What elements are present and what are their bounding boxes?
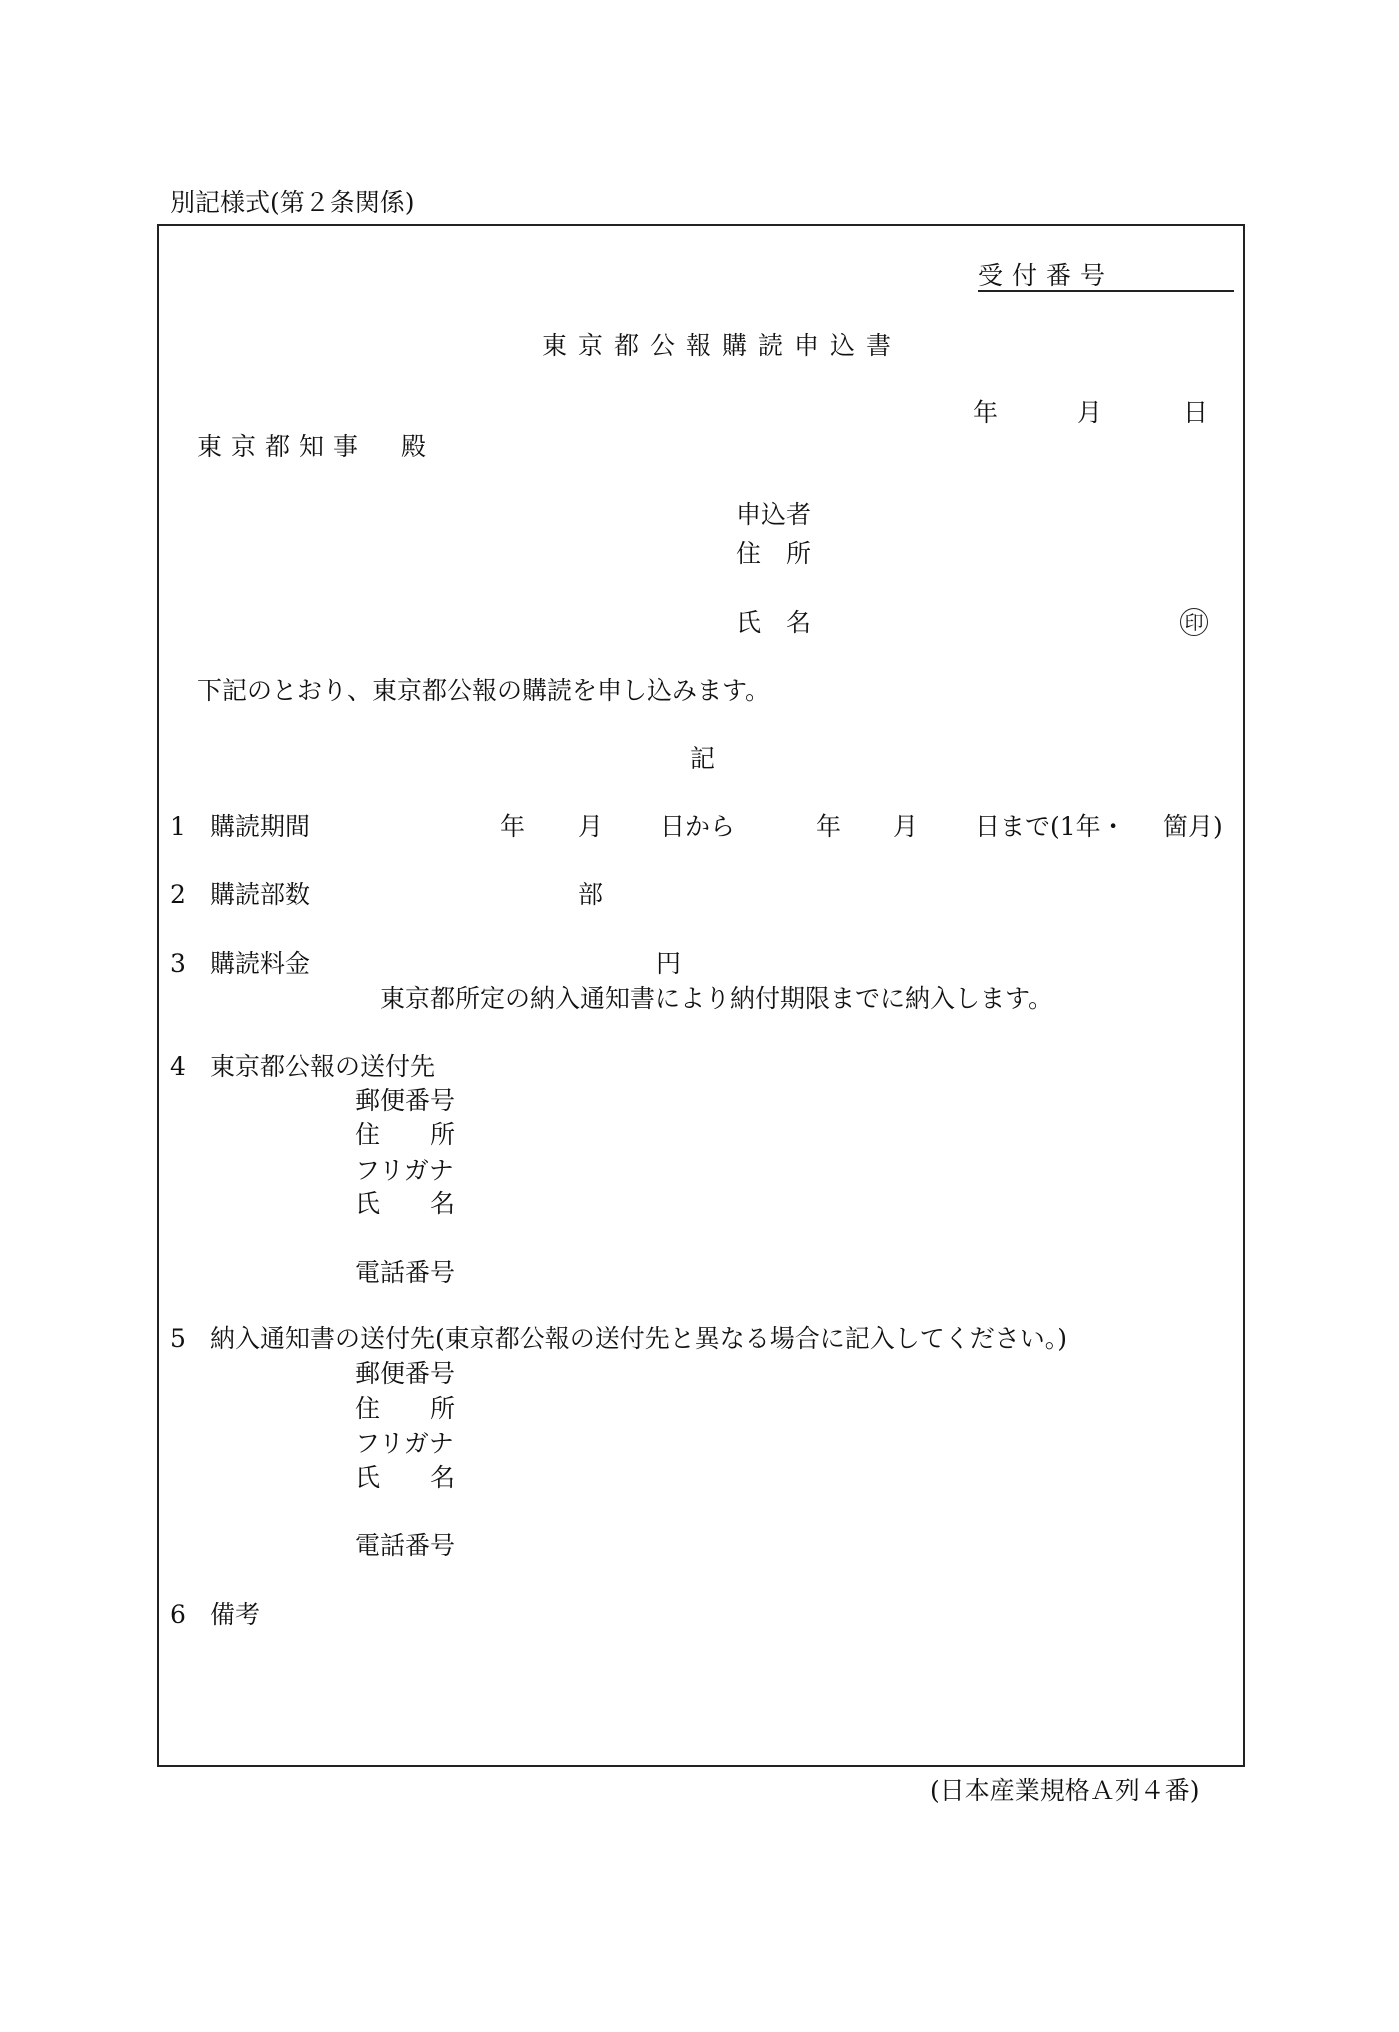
- item-6-number: 6: [170, 1602, 186, 1627]
- date-day: 日: [1183, 400, 1208, 425]
- item-4-number: 4: [170, 1054, 186, 1079]
- period-from-year: 年: [500, 814, 525, 839]
- date-month: 月: [1077, 400, 1102, 425]
- notice-address-label: 住 所: [355, 1396, 455, 1421]
- copies-unit: 部: [578, 882, 603, 907]
- period-from-day: 日から: [660, 814, 735, 839]
- item-6-label: 備考: [210, 1602, 260, 1627]
- item-2-label: 購読部数: [210, 882, 310, 907]
- period-months: 箇月): [1163, 814, 1223, 839]
- bulletin-address-label: 住 所: [355, 1122, 455, 1147]
- notice-phone-label: 電話番号: [355, 1533, 455, 1558]
- notice-furigana-label: フリガナ: [355, 1431, 454, 1456]
- item-3-number: 3: [170, 951, 186, 976]
- seal-icon: 印: [1180, 608, 1208, 636]
- date-year: 年: [973, 400, 998, 425]
- item-2-number: 2: [170, 882, 186, 907]
- item-1-label: 購読期間: [210, 814, 310, 839]
- item-3-label: 購読料金: [210, 951, 310, 976]
- bulletin-furigana-label: フリガナ: [355, 1158, 454, 1183]
- notice-postal-code-label: 郵便番号: [355, 1361, 455, 1386]
- item-5-number: 5: [170, 1326, 186, 1351]
- applicant-name-label: 氏 名: [736, 610, 811, 635]
- item-5-label: 納入通知書の送付先(東京都公報の送付先と異なる場合に記入してください。): [210, 1326, 1067, 1351]
- fee-note: 東京都所定の納入通知書により納付期限までに納入します。: [380, 986, 1053, 1011]
- period-from-month: 月: [578, 814, 603, 839]
- intro-sentence: 下記のとおり、東京都公報の購読を申し込みます。: [197, 678, 770, 703]
- receipt-number-label: 受付番号: [978, 263, 1114, 288]
- applicant-heading: 申込者: [736, 502, 811, 527]
- document-title: 東京都公報購読申込書: [542, 333, 902, 358]
- addressee: 東京都知事 殿: [197, 434, 435, 459]
- bulletin-name-label: 氏 名: [355, 1191, 455, 1216]
- receipt-number-field[interactable]: [978, 290, 1234, 292]
- fee-unit: 円: [656, 951, 681, 976]
- item-1-number: 1: [170, 814, 186, 839]
- notice-name-label: 氏 名: [355, 1465, 455, 1490]
- period-to-day: 日まで(1年・: [975, 814, 1126, 839]
- paper-size-note: (日本産業規格Ａ列４番): [930, 1778, 1200, 1803]
- form-reference: 別記様式(第２条関係): [170, 190, 415, 215]
- bulletin-postal-code-label: 郵便番号: [355, 1088, 455, 1113]
- item-4-label: 東京都公報の送付先: [210, 1054, 435, 1079]
- ki-heading: 記: [690, 746, 715, 771]
- period-to-month: 月: [893, 814, 918, 839]
- bulletin-phone-label: 電話番号: [355, 1260, 455, 1285]
- applicant-address-label: 住 所: [736, 541, 811, 566]
- period-to-year: 年: [816, 814, 841, 839]
